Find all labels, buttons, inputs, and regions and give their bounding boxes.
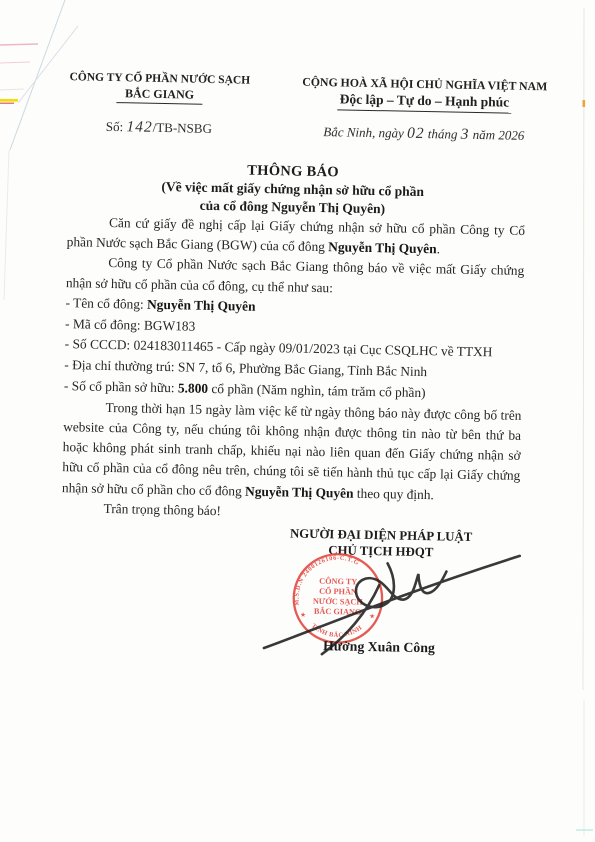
notice-body: Căn cứ giấy đề nghị cấp lại Giấy chứng n…: [61, 212, 525, 527]
paragraph-deadline: Trong thời hạn 15 ngày làm việc kể từ ng…: [62, 397, 522, 507]
orange-edge-tick: [583, 100, 586, 107]
scan-fold-line: [10, 0, 65, 150]
share-count: 5.800: [178, 380, 208, 396]
shareholder-detail-list: - Tên cổ đông: Nguyễn Thị Quyên - Mã cổ …: [64, 293, 524, 406]
doc-number-handwritten: 142: [126, 118, 153, 136]
notice-title-block: THÔNG BÁO (Về việc mất giấy chứng nhận s…: [57, 158, 528, 221]
date-month-handwritten: 3: [461, 126, 470, 143]
right-scan-edge: [583, 8, 584, 690]
pink-edge-mark: [0, 62, 30, 63]
scanned-document-page: CÔNG TY CỔ PHẦN NƯỚC SẠCH BẮC GIANG Số: …: [0, 0, 595, 842]
cyan-edge-mark: [576, 829, 593, 831]
pink-edge-mark: [0, 44, 38, 45]
shareholder-name: Nguyễn Thị Quyên: [147, 297, 256, 314]
shareholder-name: Nguyễn Thị Quyên: [245, 483, 354, 500]
document-header: CÔNG TY CỔ PHẦN NƯỚC SẠCH BẮC GIANG Số: …: [59, 70, 560, 146]
page-edge-line: [4, 150, 9, 300]
org-header: CÔNG TY CỔ PHẦN NƯỚC SẠCH BẮC GIANG Số: …: [59, 70, 260, 139]
faint-edge-mark: [0, 89, 24, 90]
date-day-handwritten: 02: [407, 125, 425, 142]
yellow-edge-mark: [0, 99, 18, 102]
document-content: CÔNG TY CỔ PHẦN NƯỚC SẠCH BẮC GIANG Số: …: [48, 70, 559, 681]
signature-block: NGƯỜI ĐẠI DIỆN PHÁP LUẬT CHỦ TỊCH HĐQT M…: [253, 525, 506, 680]
red-edge-mark: [0, 103, 14, 104]
national-header: CỘNG HOÀ XÃ HỘI CHỦ NGHĨA VIỆT NAM Độc l…: [289, 74, 560, 145]
issue-date: Bắc Ninh, ngày 02 tháng 3 năm 2026: [289, 122, 559, 145]
doc-number: Số: 142/TB-NSBG: [59, 117, 259, 139]
shareholder-name: Nguyễn Thị Quyên: [328, 239, 437, 256]
